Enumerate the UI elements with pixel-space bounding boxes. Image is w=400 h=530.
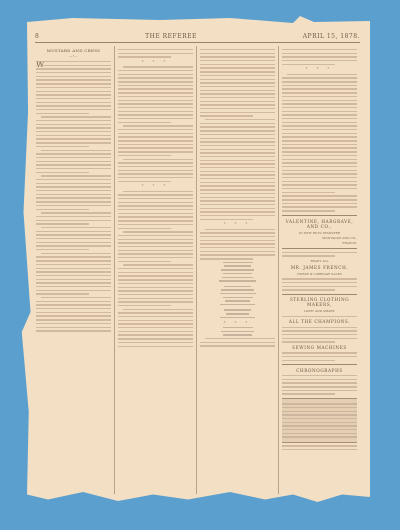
ad-line: FRANCE. bbox=[282, 241, 357, 245]
section-divider: * * * bbox=[118, 60, 193, 64]
columns: MUSTARD AND CRESS —•— W * * * bbox=[33, 46, 360, 494]
advertisement: VALENTINE, HARGRAVE, AND CO., IN NEW RUY… bbox=[282, 219, 357, 245]
ad-title: STERLING CLOTHING MAKERS, bbox=[282, 297, 357, 307]
article-text: W bbox=[36, 61, 111, 332]
article-text: * * * bbox=[282, 49, 357, 193]
section-divider: * * * bbox=[200, 222, 275, 226]
issue-date: APRIL 15, 1878. bbox=[303, 33, 360, 40]
ad-line: HORSE & CARRIAGE SALES bbox=[282, 272, 357, 276]
ad-line: LIGHT AND SMART. bbox=[282, 309, 357, 313]
masthead: 8 THE REFEREE APRIL 15, 1878. bbox=[35, 30, 360, 43]
column-4: * * * VALENTINE, HARGRAVE, AND CO., IN N… bbox=[279, 46, 360, 494]
newspaper-page: 8 THE REFEREE APRIL 15, 1878. MUSTARD AN… bbox=[20, 12, 370, 512]
poem-verse: * * * bbox=[200, 262, 275, 336]
column-1: MUSTARD AND CRESS —•— W bbox=[33, 46, 115, 494]
article-text: * * * * * * bbox=[118, 49, 193, 347]
article-heading: MUSTARD AND CRESS bbox=[36, 48, 111, 53]
page-number: 8 bbox=[35, 33, 39, 40]
ad-title: SEWING MACHINES bbox=[282, 345, 357, 350]
section-divider: * * * bbox=[200, 321, 275, 325]
ad-title: ALL THE CHAMPIONS. bbox=[282, 319, 357, 324]
ad-line: MONTAGUE AND CO., bbox=[282, 236, 357, 240]
newspaper-title: THE REFEREE bbox=[145, 33, 197, 40]
ad-line: IN NEW RUYS TRANSFER bbox=[282, 231, 357, 235]
ad-title: CHRONOGRAPHS bbox=[282, 368, 357, 373]
ad-title: MR. JAMES FRENCH, bbox=[282, 265, 357, 270]
advertisement: STERLING CLOTHING MAKERS, LIGHT AND SMAR… bbox=[282, 297, 357, 313]
section-divider: * * * bbox=[282, 67, 357, 71]
article-text: * * * * * * bbox=[200, 49, 275, 347]
ad-title: VALENTINE, HARGRAVE, AND CO., bbox=[282, 219, 357, 229]
column-3: * * * * * * bbox=[197, 46, 279, 494]
advertisements: VALENTINE, HARGRAVE, AND CO., IN NEW RUY… bbox=[282, 195, 357, 450]
section-divider: * * * bbox=[118, 184, 193, 188]
boxed-advertisement bbox=[282, 398, 357, 443]
heading-ornament: —•— bbox=[36, 54, 111, 58]
ad-line: READY ALL bbox=[282, 259, 357, 263]
column-2: * * * * * * bbox=[115, 46, 197, 494]
advertisement: READY ALL MR. JAMES FRENCH, HORSE & CARR… bbox=[282, 259, 357, 276]
